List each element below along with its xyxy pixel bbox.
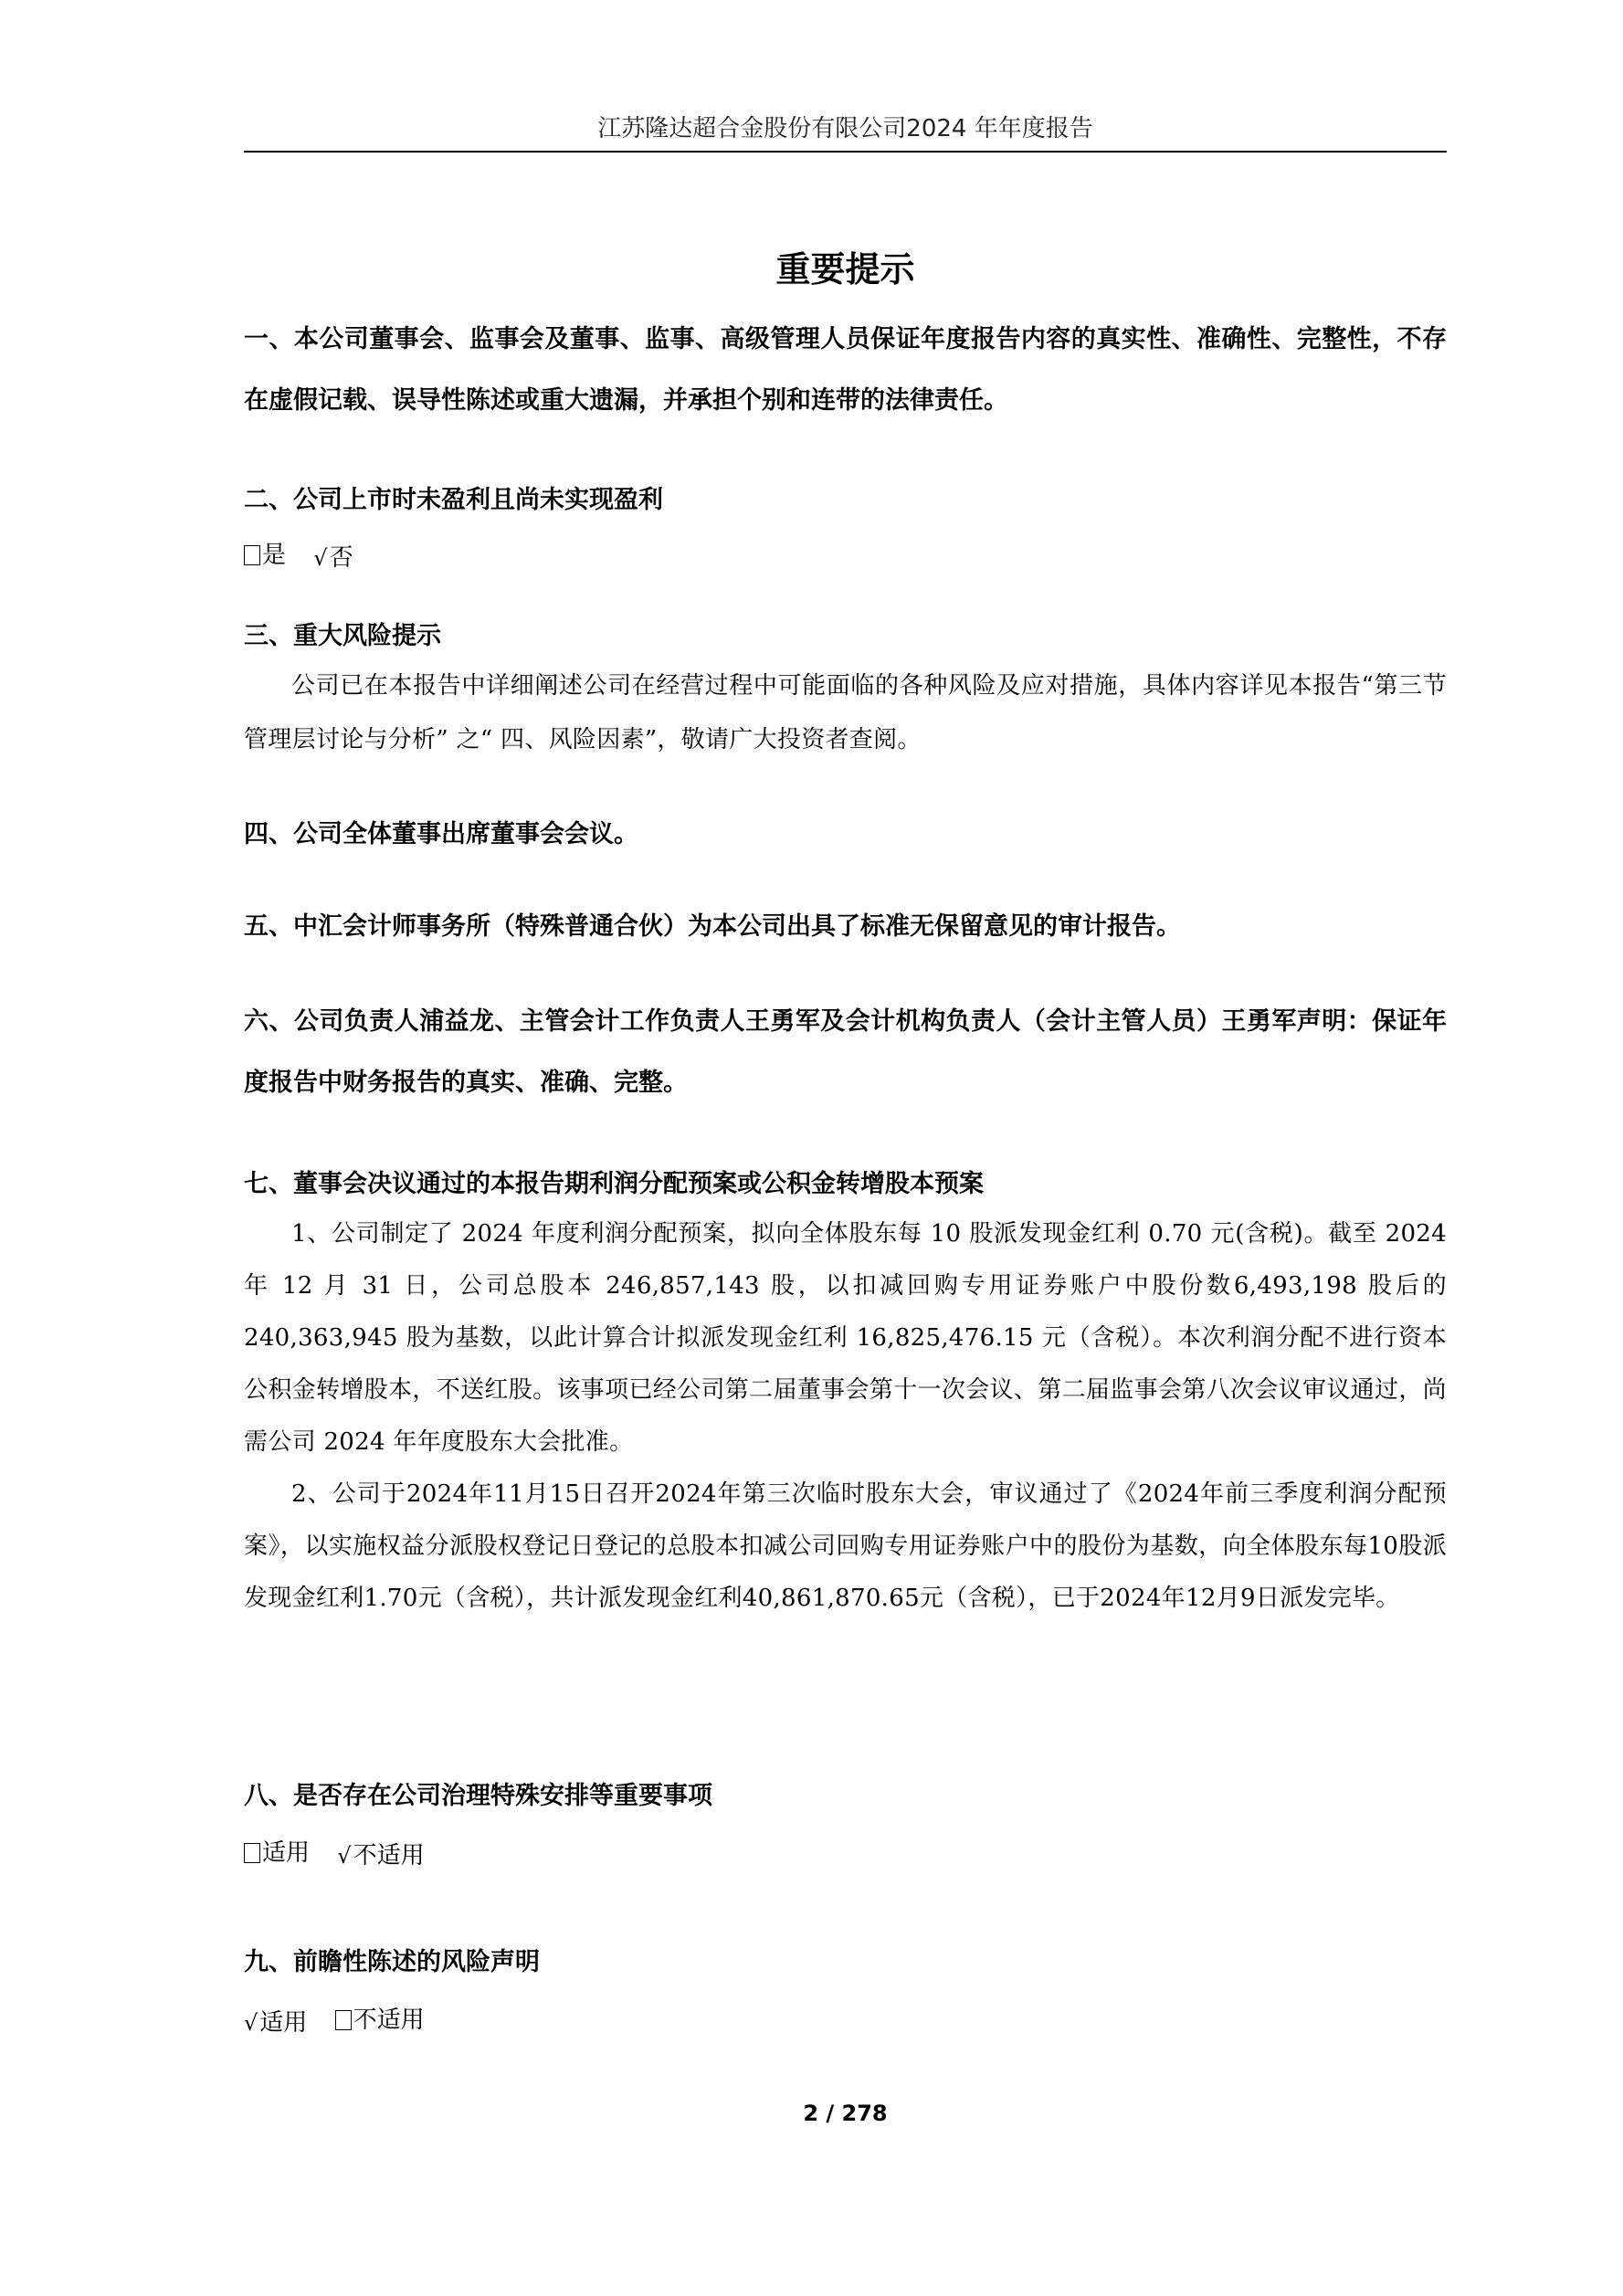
section-3-heading: 三、重大风险提示 (244, 621, 1447, 652)
section-8: 八、是否存在公司治理特殊安排等重要事项 (244, 1781, 1447, 1812)
checkmark-icon: √ (244, 2007, 258, 2038)
option-applicable[interactable]: √ 适用 (244, 2007, 307, 2038)
header-rule (244, 151, 1447, 153)
option-not-applicable[interactable]: 不适用 (335, 2005, 425, 2036)
section-7-heading: 七、董事会决议通过的本报告期利润分配预案或公积金转增股本预案 (244, 1169, 1447, 1200)
option-label: 否 (330, 542, 353, 574)
unchecked-box-icon (244, 1843, 260, 1863)
unchecked-box-icon (244, 545, 260, 565)
section-2-options: 是 √ 否 (244, 540, 1447, 574)
option-label: 不适用 (353, 2005, 425, 2036)
section-7-paragraph-1: 1、公司制定了 2024 年度利润分配预案，拟向全体股东每 10 股派发现金红利… (244, 1208, 1447, 1469)
section-8-options: 适用 √ 不适用 (244, 1838, 1447, 1871)
section-7: 七、董事会决议通过的本报告期利润分配预案或公积金转增股本预案 (244, 1169, 1447, 1200)
section-2: 二、公司上市时未盈利且尚未实现盈利 (244, 485, 1447, 516)
option-applicable[interactable]: 适用 (244, 1838, 310, 1869)
document-page: 江苏隆达超合金股份有限公司2024 年年度报告 重要提示 一、本公司董事会、监事… (0, 0, 1623, 2296)
section-7-paragraph-2: 2、公司于2024年11月15日召开2024年第三次临时股东大会，审议通过了《2… (244, 1469, 1447, 1625)
section-5: 五、中汇会计师事务所（特殊普通合伙）为本公司出具了标准无保留意见的审计报告。 (244, 911, 1447, 943)
section-3: 三、重大风险提示 (244, 621, 1447, 652)
section-9: 九、前瞻性陈述的风险声明 (244, 1947, 1447, 1978)
section-8-heading: 八、是否存在公司治理特殊安排等重要事项 (244, 1781, 1447, 1812)
checkmark-icon: √ (313, 542, 327, 574)
option-label: 适用 (259, 2007, 307, 2038)
option-not-applicable[interactable]: √ 不适用 (337, 1840, 424, 1871)
checkmark-icon: √ (337, 1840, 351, 1871)
section-5-heading: 五、中汇会计师事务所（特殊普通合伙）为本公司出具了标准无保留意见的审计报告。 (244, 911, 1447, 943)
running-header: 江苏隆达超合金股份有限公司2024 年年度报告 (244, 113, 1447, 144)
option-no[interactable]: √ 否 (313, 542, 353, 574)
section-6: 六、公司负责人浦益龙、主管会计工作负责人王勇军及会计机构负责人（会计主管人员）王… (244, 991, 1447, 1113)
section-4-heading: 四、公司全体董事出席董事会会议。 (244, 819, 1447, 850)
section-9-options: √ 适用 不适用 (244, 2005, 1447, 2038)
section-1: 一、本公司董事会、监事会及董事、监事、高级管理人员保证年度报告内容的真实性、准确… (244, 309, 1447, 431)
option-yes[interactable]: 是 (244, 540, 286, 571)
section-7-body: 1、公司制定了 2024 年度利润分配预案，拟向全体股东每 10 股派发现金红利… (244, 1208, 1447, 1625)
section-3-paragraph: 公司已在本报告中详细阐述公司在经营过程中可能面临的各种风险及应对措施，具体内容详… (244, 659, 1447, 767)
section-4: 四、公司全体董事出席董事会会议。 (244, 819, 1447, 850)
section-2-heading: 二、公司上市时未盈利且尚未实现盈利 (244, 485, 1447, 516)
option-label: 适用 (262, 1838, 310, 1869)
unchecked-box-icon (335, 2010, 352, 2030)
page-number: 2 / 278 (244, 2101, 1447, 2126)
option-label: 不适用 (353, 1840, 425, 1871)
option-label: 是 (262, 540, 286, 571)
section-1-heading: 一、本公司董事会、监事会及董事、监事、高级管理人员保证年度报告内容的真实性、准确… (244, 309, 1447, 431)
section-6-heading: 六、公司负责人浦益龙、主管会计工作负责人王勇军及会计机构负责人（会计主管人员）王… (244, 991, 1447, 1113)
section-3-body: 公司已在本报告中详细阐述公司在经营过程中可能面临的各种风险及应对措施，具体内容详… (244, 659, 1447, 767)
section-9-heading: 九、前瞻性陈述的风险声明 (244, 1947, 1447, 1978)
page-title: 重要提示 (244, 248, 1447, 290)
